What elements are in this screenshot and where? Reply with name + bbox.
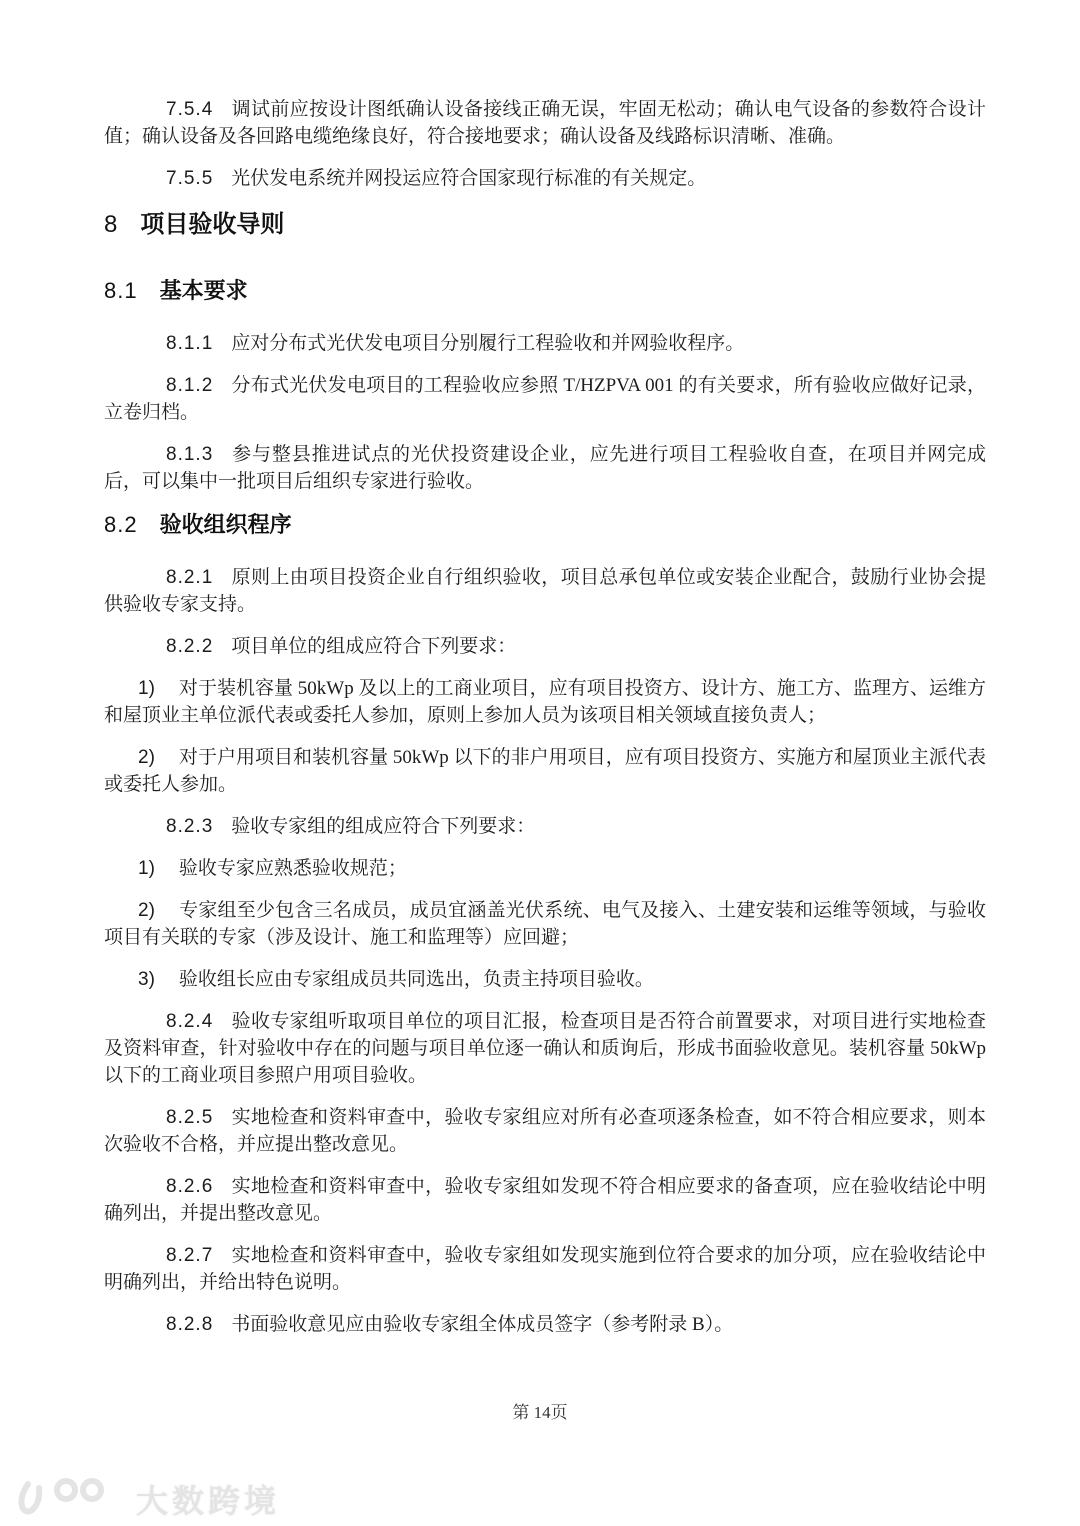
heading-title: 基本要求	[160, 278, 248, 303]
clause-text: 书面验收意见应由验收专家组全体成员签字（参考附录 B）。	[231, 1314, 733, 1335]
section-heading-8-2: 8.2验收组织程序	[104, 510, 986, 540]
clause-text: 实地检查和资料审查中，验收专家组如发现不符合相应要求的备查项，应在验收结论中明确…	[104, 1176, 986, 1224]
page-number: 第 14页	[0, 1398, 1080, 1423]
clause-7-5-5: 7.5.5光伏发电系统并网投运应符合国家现行标准的有关规定。	[104, 165, 986, 192]
list-item-2: 2)专家组至少包含三名成员，成员宜涵盖光伏系统、电气及接入、土建安装和运维等领域…	[104, 897, 986, 951]
watermark-100-logo	[14, 1476, 124, 1518]
clause-number: 8.2.4	[166, 1011, 213, 1032]
clause-number: 8.2.5	[166, 1107, 213, 1128]
list-item-1: 1)验收专家应熟悉验收规范；	[104, 855, 986, 882]
list-text: 验收组长应由专家组成员共同选出，负责主持项目验收。	[179, 969, 654, 990]
list-text: 对于装机容量 50kWp 及以上的工商业项目，应有项目投资方、设计方、施工方、监…	[104, 678, 986, 726]
clause-8-2-2: 8.2.2项目单位的组成应符合下列要求：	[104, 633, 986, 660]
list-number: 2)	[138, 747, 155, 768]
heading-title: 验收组织程序	[160, 512, 292, 537]
document-page: 7.5.4调试前应按设计图纸确认设备接线正确无误，牢固无松动；确认电气设备的参数…	[0, 0, 1080, 1526]
clause-8-1-3: 8.1.3参与整县推进试点的光伏投资建设企业，应先进行项目工程验收自查，在项目并…	[104, 441, 986, 495]
clause-number: 7.5.5	[166, 168, 213, 189]
clause-number: 8.1.3	[166, 444, 213, 465]
clause-text: 验收专家组的组成应符合下列要求：	[231, 816, 535, 837]
clause-8-2-1: 8.2.1原则上由项目投资企业自行组织验收，项目总承包单位或安装企业配合，鼓励行…	[104, 564, 986, 618]
clause-text: 光伏发电系统并网投运应符合国家现行标准的有关规定。	[231, 168, 706, 189]
list-item-3: 3)验收组长应由专家组成员共同选出，负责主持项目验收。	[104, 966, 986, 993]
clause-number: 8.1.1	[166, 333, 213, 354]
clause-number: 8.2.8	[166, 1314, 213, 1335]
clause-text: 参与整县推进试点的光伏投资建设企业，应先进行项目工程验收自查，在项目并网完成后，…	[104, 444, 986, 492]
clause-number: 8.2.6	[166, 1176, 213, 1197]
clause-number: 8.2.3	[166, 816, 213, 837]
clause-8-1-2: 8.1.2分布式光伏发电项目的工程验收应参照 T/HZPVA 001 的有关要求…	[104, 372, 986, 426]
section-heading-8-1: 8.1基本要求	[104, 276, 986, 306]
section-heading-8: 8项目验收导则	[104, 210, 986, 240]
clause-text: 项目单位的组成应符合下列要求：	[231, 636, 516, 657]
heading-number: 8	[104, 211, 118, 238]
clause-8-2-7: 8.2.7实地检查和资料审查中，验收专家组如发现实施到位符合要求的加分项，应在验…	[104, 1242, 986, 1296]
list-number: 3)	[138, 969, 155, 990]
heading-number: 8.2	[104, 512, 138, 537]
list-number: 1)	[138, 678, 155, 699]
clause-8-1-1: 8.1.1应对分布式光伏发电项目分别履行工程验收和并网验收程序。	[104, 330, 986, 357]
list-number: 1)	[138, 858, 155, 879]
list-text: 专家组至少包含三名成员，成员宜涵盖光伏系统、电气及接入、土建安装和运维等领域，与…	[104, 900, 986, 948]
heading-number: 8.1	[104, 278, 138, 303]
clause-number: 8.2.2	[166, 636, 213, 657]
clause-7-5-4: 7.5.4调试前应按设计图纸确认设备接线正确无误，牢固无松动；确认电气设备的参数…	[104, 96, 986, 150]
clause-text: 验收专家组听取项目单位的项目汇报，检查项目是否符合前置要求，对项目进行实地检查及…	[104, 1011, 986, 1086]
clause-number: 8.1.2	[166, 375, 213, 396]
clause-8-2-5: 8.2.5实地检查和资料审查中，验收专家组应对所有必查项逐条检查，如不符合相应要…	[104, 1104, 986, 1158]
clause-number: 7.5.4	[166, 99, 213, 120]
clause-8-2-6: 8.2.6实地检查和资料审查中，验收专家组如发现不符合相应要求的备查项，应在验收…	[104, 1173, 986, 1227]
clause-number: 8.2.7	[166, 1245, 213, 1266]
clause-text: 原则上由项目投资企业自行组织验收，项目总承包单位或安装企业配合，鼓励行业协会提供…	[104, 567, 986, 615]
clause-text: 实地检查和资料审查中，验收专家组如发现实施到位符合要求的加分项，应在验收结论中明…	[104, 1245, 986, 1293]
list-text: 对于户用项目和装机容量 50kWp 以下的非户用项目，应有项目投资方、实施方和屋…	[104, 747, 986, 795]
clause-8-2-3: 8.2.3验收专家组的组成应符合下列要求：	[104, 813, 986, 840]
list-number: 2)	[138, 900, 155, 921]
document-content: 7.5.4调试前应按设计图纸确认设备接线正确无误，牢固无松动；确认电气设备的参数…	[0, 0, 1080, 1338]
clause-text: 应对分布式光伏发电项目分别履行工程验收和并网验收程序。	[231, 333, 744, 354]
clause-text: 实地检查和资料审查中，验收专家组应对所有必查项逐条检查，如不符合相应要求，则本次…	[104, 1107, 986, 1155]
heading-title: 项目验收导则	[140, 211, 284, 238]
clause-8-2-4: 8.2.4验收专家组听取项目单位的项目汇报，检查项目是否符合前置要求，对项目进行…	[104, 1008, 986, 1089]
list-item-1: 1)对于装机容量 50kWp 及以上的工商业项目，应有项目投资方、设计方、施工方…	[104, 675, 986, 729]
clause-text: 分布式光伏发电项目的工程验收应参照 T/HZPVA 001 的有关要求，所有验收…	[104, 375, 986, 423]
clause-8-2-8: 8.2.8书面验收意见应由验收专家组全体成员签字（参考附录 B）。	[104, 1311, 986, 1338]
clause-text: 调试前应按设计图纸确认设备接线正确无误，牢固无松动；确认电气设备的参数符合设计值…	[104, 99, 986, 147]
watermark-brand-text: 大数跨境	[136, 1484, 280, 1518]
watermark: 大数跨境	[14, 1476, 280, 1518]
clause-number: 8.2.1	[166, 567, 213, 588]
list-item-2: 2)对于户用项目和装机容量 50kWp 以下的非户用项目，应有项目投资方、实施方…	[104, 744, 986, 798]
list-text: 验收专家应熟悉验收规范；	[179, 858, 407, 879]
